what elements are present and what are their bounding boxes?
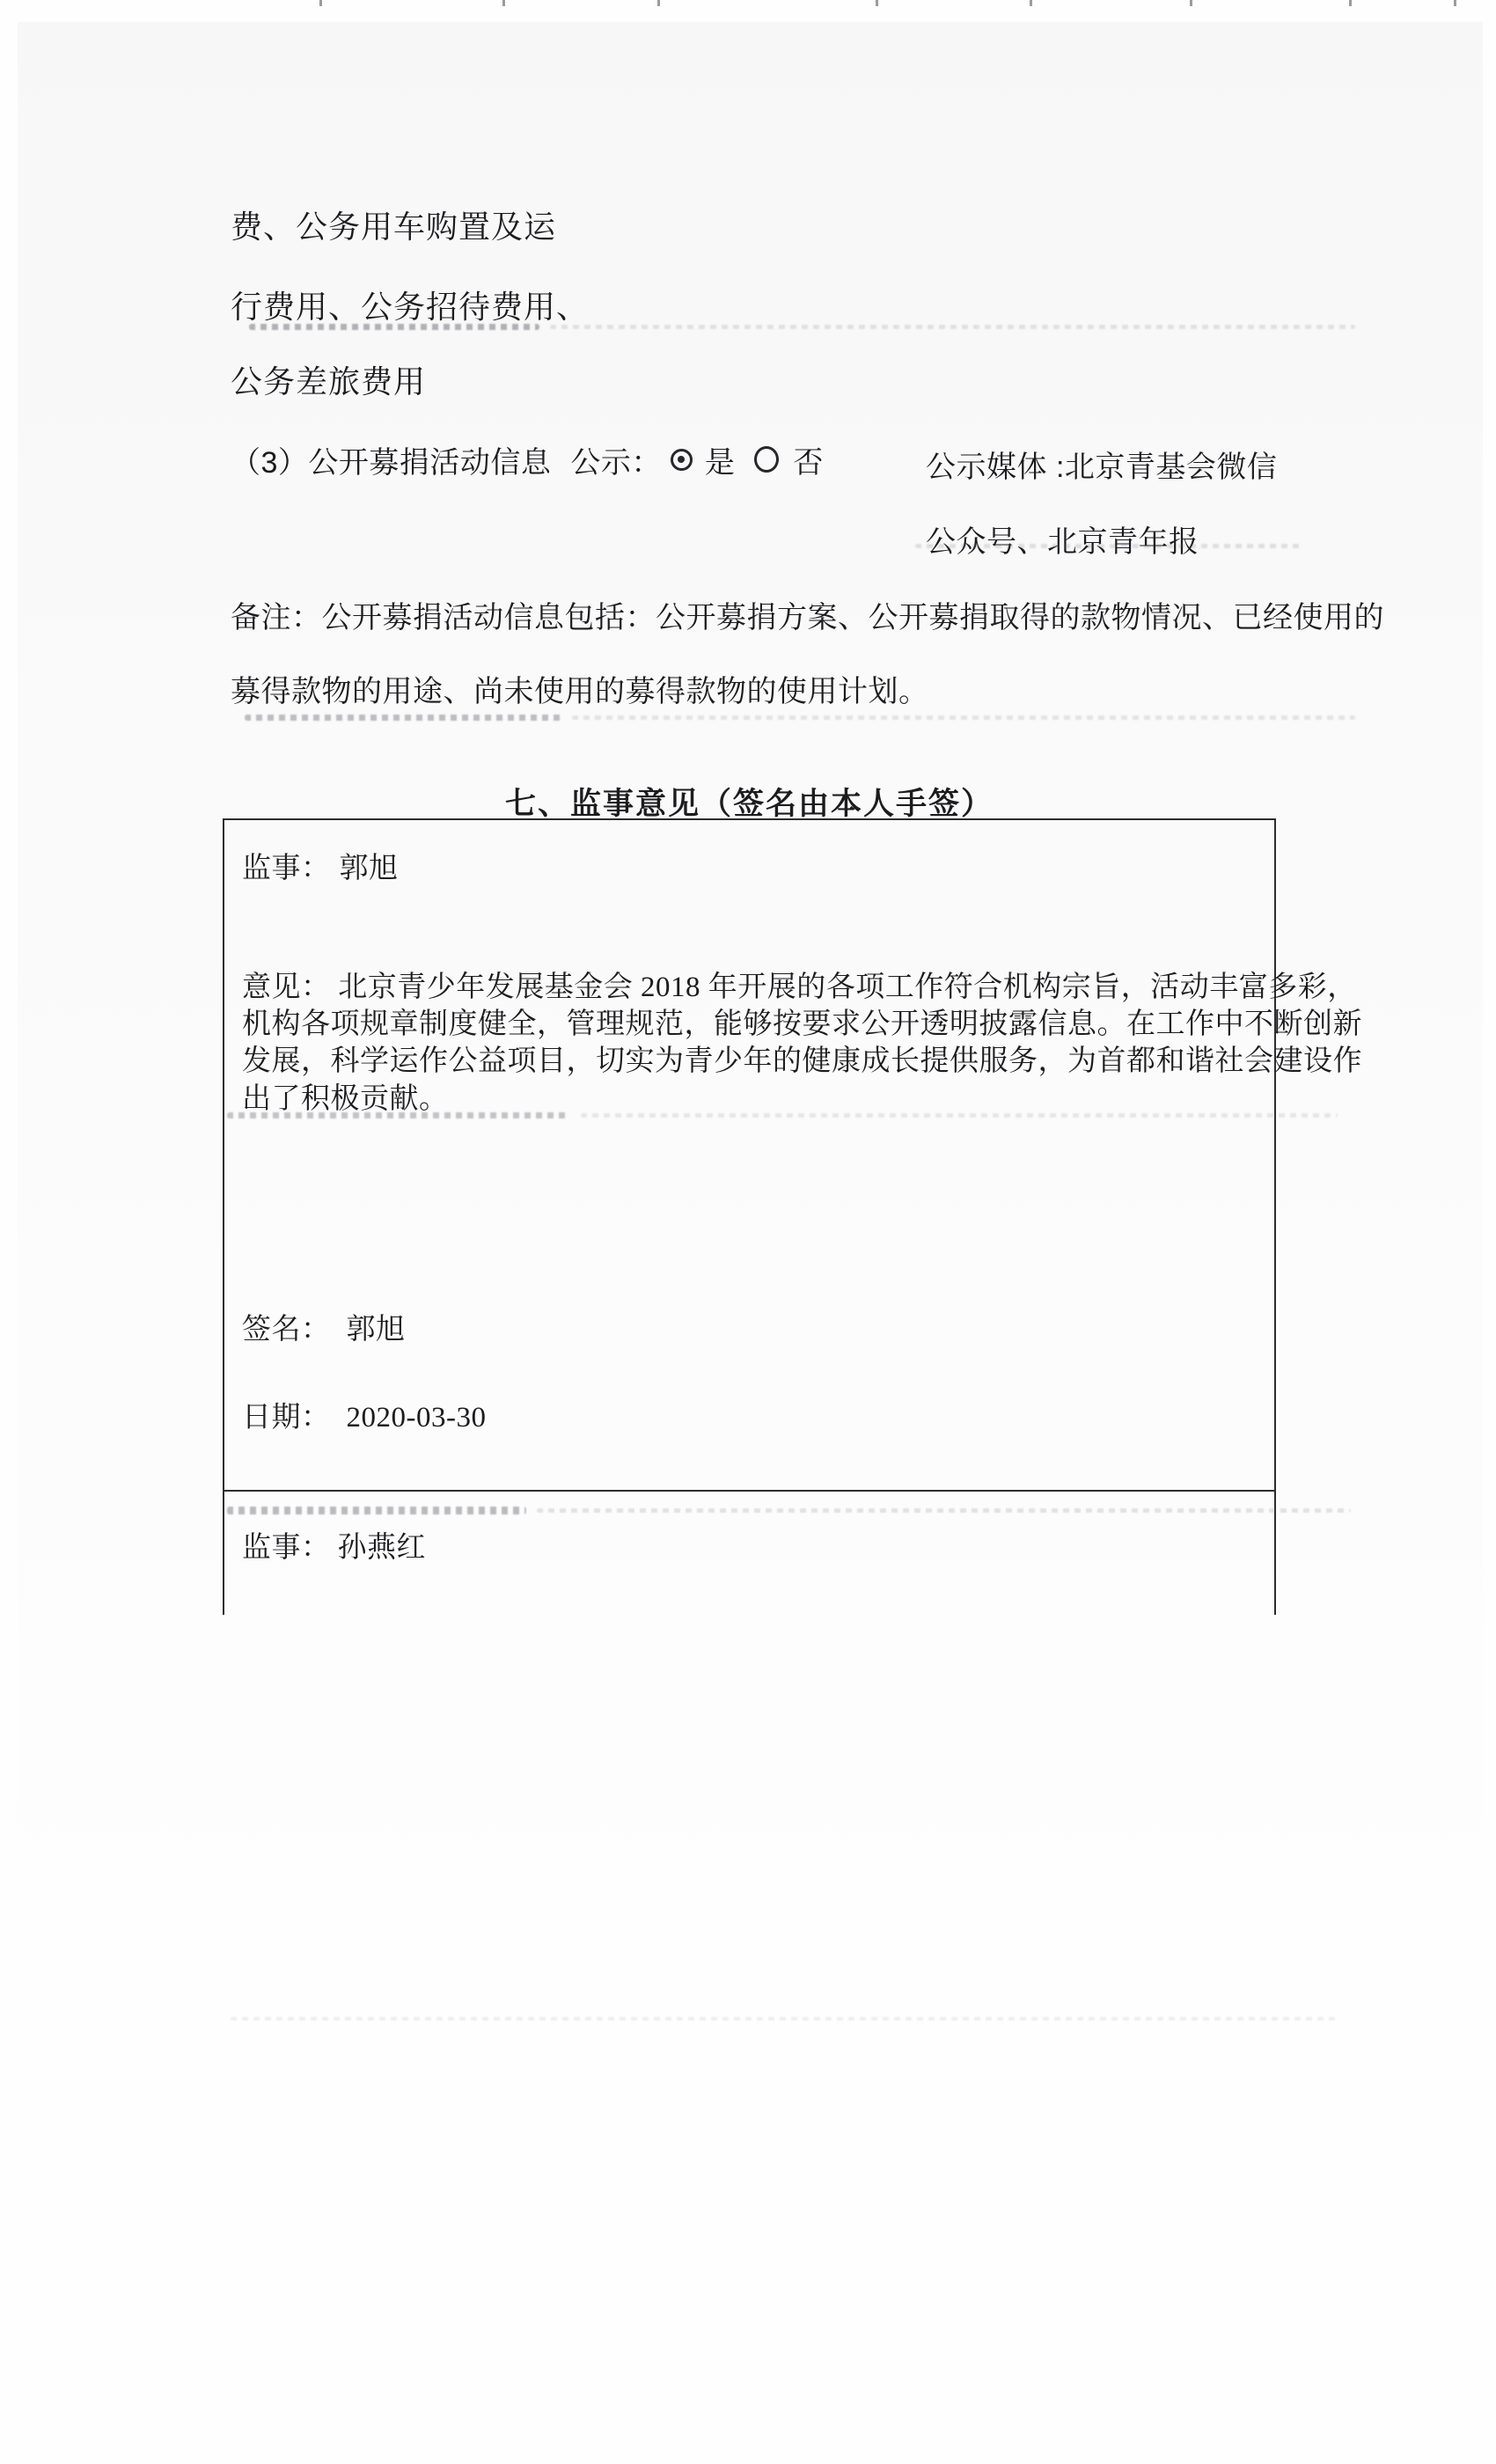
scan-tick-artifact (876, 0, 878, 6)
date-row: 日期：2020-03-30 (242, 1394, 486, 1435)
signature-row: 签名：郭旭 (242, 1306, 406, 1347)
scanned-document-page: 费、公务用车购置及运 行费用、公务招待费用、 公务差旅费用 （3）公开募捐活动信… (0, 0, 1496, 2464)
scan-tick-artifact (1190, 0, 1192, 6)
supervisor-name: 郭旭 (340, 853, 399, 884)
expense-line-1: 费、公务用车购置及运 (231, 202, 556, 247)
section-title-supervisor-opinions: 七、监事意见（签名由本人手签） (223, 780, 1276, 824)
fundraising-publicity-row: （3）公开募捐活动信息 公示： 是 否 (231, 440, 824, 479)
scan-tick-artifact (657, 0, 660, 6)
opinion-paragraph-line: 发展，科学运作公益项目，切实为青少年的健康成长提供服务，为首都和谐社会建设作 (242, 1038, 1362, 1079)
scan-tick-artifact (319, 0, 322, 6)
scan-smudge-artifact (572, 715, 1355, 720)
signature-label: 签名： (242, 1314, 331, 1346)
supervisor-row-2: 监事：孙燕红 (242, 1524, 426, 1566)
signature-name: 郭旭 (347, 1314, 406, 1346)
expense-line-3: 公务差旅费用 (231, 357, 426, 402)
opinion-paragraph-line: 意见： 北京青少年发展基金会 2018 年开展的各项工作符合机构宗旨，活动丰富多… (242, 964, 1357, 1005)
option-no-label: 否 (793, 438, 824, 481)
date-label: 日期： (242, 1402, 331, 1434)
publicity-media-line-2: 公众号、北京青年报 (926, 517, 1199, 561)
expense-line-2: 行费用、公务招待费用、 (231, 282, 589, 327)
supervisor-row: 监事：郭旭 (242, 845, 399, 886)
scan-smudge-artifact (249, 324, 539, 330)
opinion-paragraph-line: 出了积极贡献。 (242, 1075, 449, 1117)
radio-unselected-icon (754, 446, 779, 473)
scan-tick-artifact (502, 0, 505, 6)
opinion-paragraph-line: 机构各项规章制度健全，管理规范，能够按要求公开透明披露信息。在工作中不断创新 (242, 1001, 1362, 1042)
remark-line-2: 募得款物的用途、尚未使用的募得款物的使用计划。 (231, 667, 929, 710)
option-yes-label: 是 (705, 438, 736, 481)
scan-tick-artifact (1454, 0, 1456, 6)
supervisor-opinion-box: 监事：郭旭 意见： 北京青少年发展基金会 2018 年开展的各项工作符合机构宗旨… (223, 818, 1276, 1615)
supervisor-name: 孙燕红 (338, 1532, 427, 1564)
supervisor-label: 监事： (242, 853, 331, 884)
scan-tick-artifact (1030, 0, 1032, 6)
publicity-label: 公示： (570, 438, 662, 481)
scan-smudge-artifact (231, 2017, 1339, 2020)
scan-smudge-artifact (581, 1113, 1338, 1118)
supervisor-label: 监事： (242, 1532, 331, 1564)
scan-smudge-artifact (550, 325, 1355, 329)
scan-tick-artifact (1349, 0, 1352, 6)
scan-smudge-artifact (537, 1508, 1351, 1513)
scan-smudge-artifact (915, 544, 1302, 548)
remark-line-1: 备注：公开募捐活动信息包括：公开募捐方案、公开募捐取得的款物情况、已经使用的 (231, 593, 1384, 636)
radio-selected-icon (671, 449, 693, 471)
date-value: 2020-03-30 (347, 1402, 487, 1434)
scan-smudge-artifact (227, 1112, 570, 1118)
publicity-media-line-1: 公示媒体 :北京青基会微信 (926, 443, 1277, 486)
scan-smudge-artifact (245, 715, 561, 721)
scan-smudge-artifact (227, 1507, 526, 1514)
fundraising-item-label: （3）公开募捐活动信息 (231, 438, 551, 481)
box-row-divider (224, 1490, 1274, 1492)
